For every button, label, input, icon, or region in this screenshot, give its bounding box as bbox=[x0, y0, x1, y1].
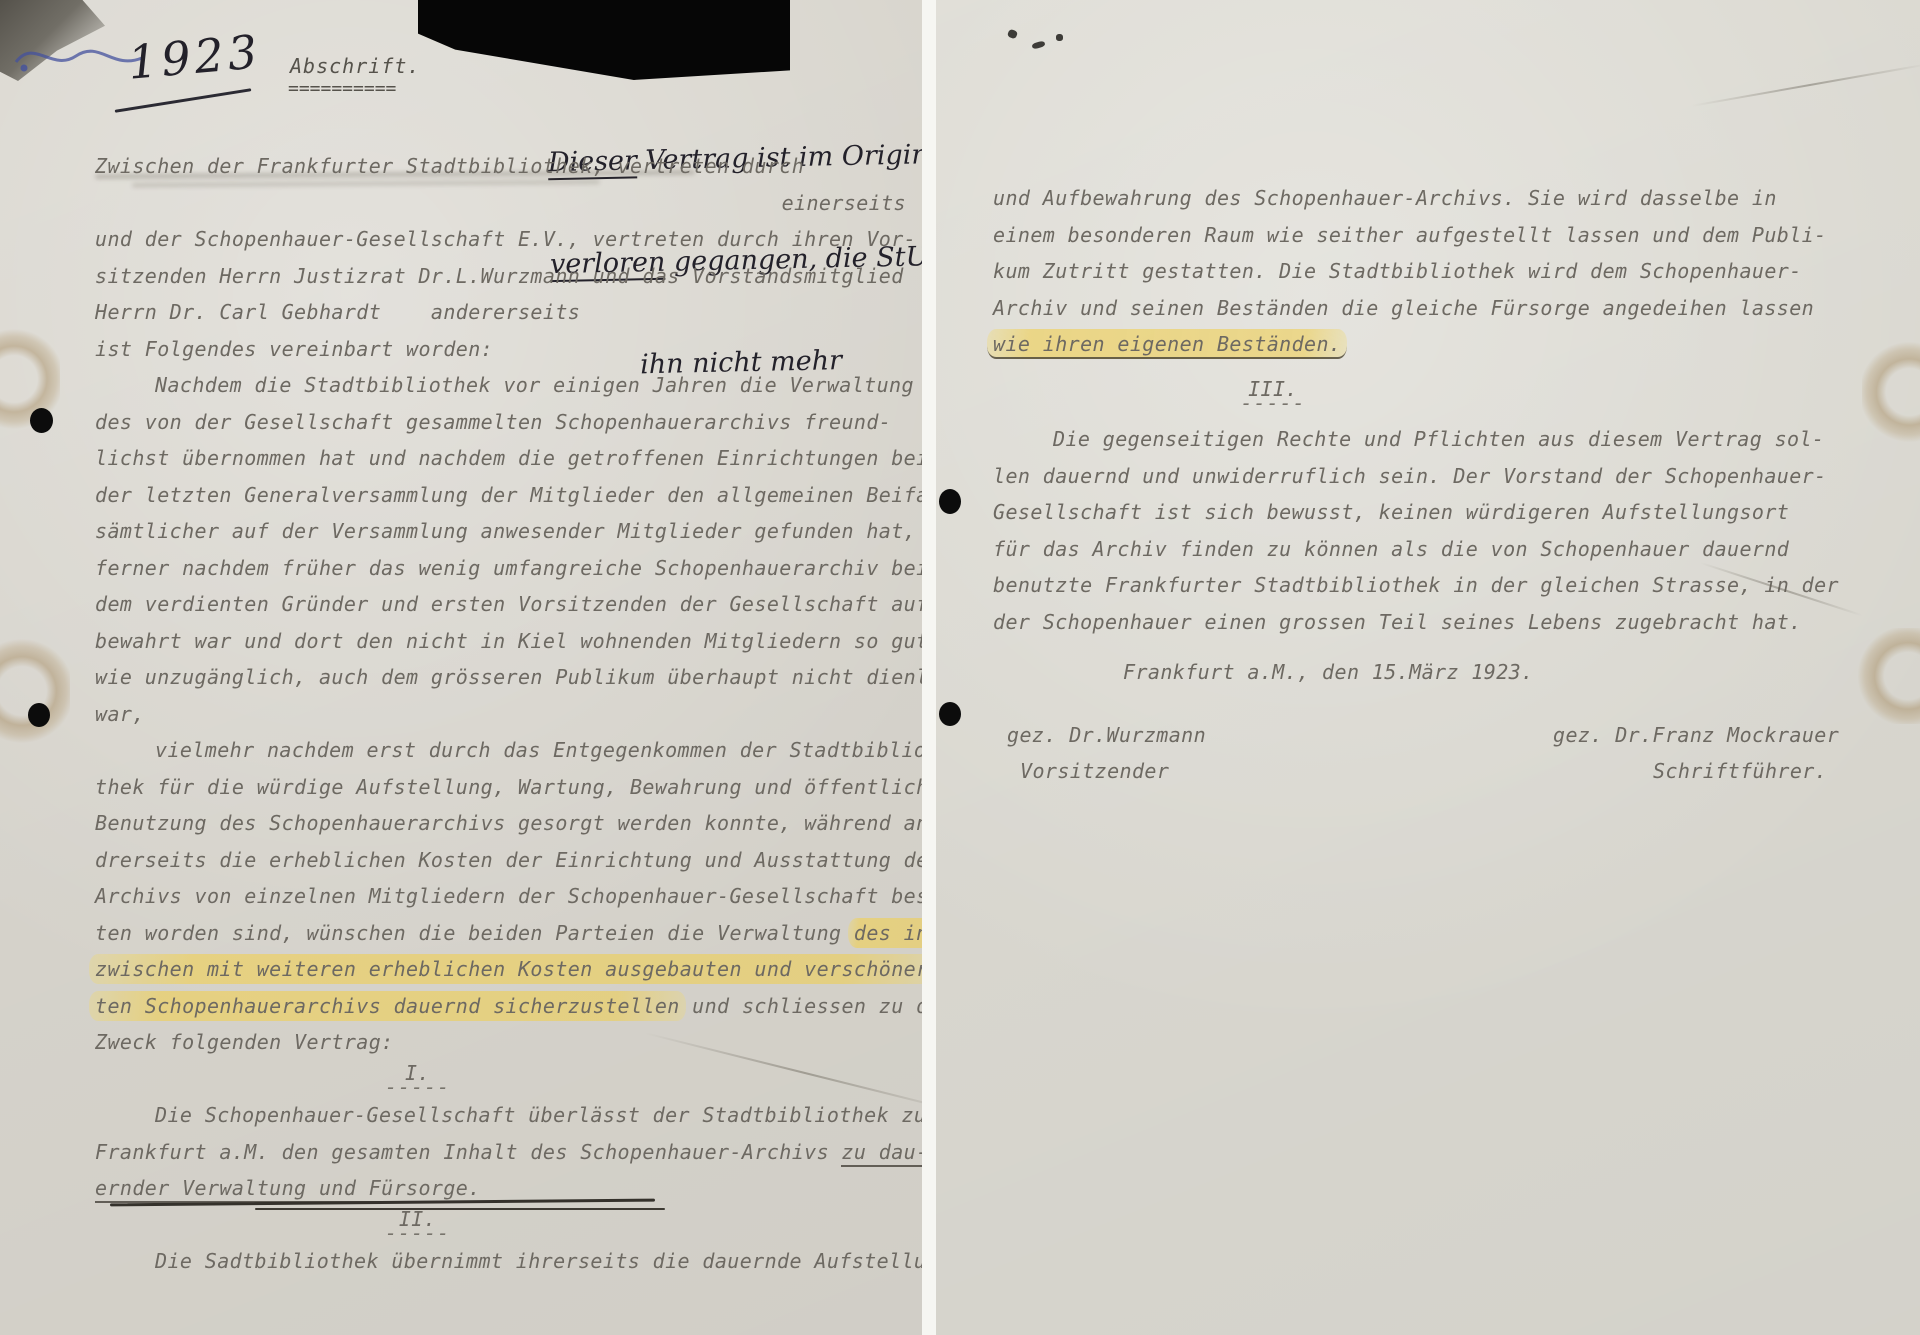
typed-line: und der Schopenhauer-Gesellschaft E.V., … bbox=[95, 221, 922, 258]
signature-left: gez. Dr.Wurzmann bbox=[1007, 717, 1553, 754]
typed-line: Zwischen der Frankfurter Stadtbibliothek… bbox=[95, 148, 922, 185]
typed-line: vielmehr nachdem erst durch das Entgegen… bbox=[95, 732, 922, 769]
typed-text: kum Zutritt gestatten. Die Stadtbiblioth… bbox=[993, 259, 1802, 283]
signature-right: Schriftführer. bbox=[1566, 759, 1827, 783]
typed-text: Gesellschaft ist sich bewusst, keinen wü… bbox=[993, 500, 1789, 524]
signature-left: Vorsitzender bbox=[1020, 753, 1566, 790]
typed-line: thek für die würdige Aufstellung, Wartun… bbox=[95, 769, 922, 806]
punch-ring-stain bbox=[1858, 628, 1920, 724]
typed-line: Nachdem die Stadtbibliothek vor einigen … bbox=[95, 367, 922, 404]
page-1: 1923 Abschrift. ========== Dieser Vertra… bbox=[0, 0, 922, 1335]
signature-row: gez. Dr.Wurzmanngez. Dr.Franz Mockrauer bbox=[993, 717, 1839, 754]
typed-text: Archiv und seinen Beständen die gleiche … bbox=[993, 296, 1814, 320]
typed-text: Die gegenseitigen Rechte und Pflichten a… bbox=[1053, 427, 1824, 451]
page-1-text: Zwischen der Frankfurter Stadtbibliothek… bbox=[95, 148, 922, 1280]
typed-text: drerseits die erheblichen Kosten der Ein… bbox=[95, 848, 922, 872]
typed-line: bewahrt war und dort den nicht in Kiel w… bbox=[95, 623, 922, 660]
typed-text: der Schopenhauer einen grossen Teil sein… bbox=[993, 610, 1802, 634]
typed-line: Zweck folgenden Vertrag: bbox=[95, 1024, 922, 1061]
typed-text: Archivs von einzelnen Mitgliedern der Sc… bbox=[95, 884, 922, 908]
staple-mark bbox=[1056, 34, 1063, 41]
typed-text: ist Folgendes vereinbart worden: bbox=[95, 337, 493, 361]
highlighted-text: des in- bbox=[848, 918, 922, 948]
punch-hole-dot bbox=[939, 489, 961, 514]
typed-line: wie unzugänglich, auch dem grösseren Pub… bbox=[95, 659, 922, 696]
typed-text: wie unzugänglich, auch dem grösseren Pub… bbox=[95, 665, 922, 689]
typed-line: len dauernd und unwiderruflich sein. Der… bbox=[993, 458, 1839, 495]
typed-line: einerseits bbox=[95, 185, 906, 222]
highlighted-text: zwischen mit weiteren erheblichen Kosten… bbox=[89, 954, 922, 984]
typed-line: Die Schopenhauer-Gesellschaft überlässt … bbox=[95, 1097, 922, 1134]
staple-mark bbox=[1031, 40, 1045, 49]
typed-text: benutzte Frankfurter Stadtbibliothek in … bbox=[993, 573, 1839, 597]
page-2: und Aufbewahrung des Schopenhauer-Archiv… bbox=[936, 0, 1920, 1335]
typed-text: sämtlicher auf der Versammlung anwesende… bbox=[95, 519, 916, 543]
typed-text: ten worden sind, wünschen die beiden Par… bbox=[95, 921, 854, 945]
typed-text: einem besonderen Raum wie seither aufges… bbox=[993, 223, 1827, 247]
typed-line: sämtlicher auf der Versammlung anwesende… bbox=[95, 513, 922, 550]
typed-line: drerseits die erheblichen Kosten der Ein… bbox=[95, 842, 922, 879]
typed-text: ernder Verwaltung und Fürsorge. bbox=[95, 1176, 481, 1203]
typed-text: thek für die würdige Aufstellung, Wartun… bbox=[95, 775, 922, 799]
typed-text: Zweck folgenden Vertrag: bbox=[95, 1030, 394, 1054]
typed-line: Frankfurt a.M. den gesamten Inhalt des S… bbox=[95, 1134, 922, 1171]
section-heading: II.----- bbox=[95, 1207, 740, 1244]
signature-right: gez. Dr.Franz Mockrauer bbox=[1553, 723, 1839, 747]
typed-text: für das Archiv finden zu können als die … bbox=[993, 537, 1789, 561]
typed-text: bewahrt war und dort den nicht in Kiel w… bbox=[95, 629, 922, 653]
typed-line: ferner nachdem früher das wenig umfangre… bbox=[95, 550, 922, 587]
section-dashes: ----- bbox=[95, 1229, 740, 1243]
punch-hole-dot bbox=[30, 408, 53, 433]
typed-text: und der Schopenhauer-Gesellschaft E.V., … bbox=[95, 227, 916, 251]
typed-line: benutzte Frankfurter Stadtbibliothek in … bbox=[993, 567, 1839, 604]
pen-underline bbox=[115, 88, 252, 113]
typed-text: einerseits bbox=[782, 191, 906, 215]
typed-line: für das Archiv finden zu können als die … bbox=[993, 531, 1839, 568]
typed-line: Archiv und seinen Beständen die gleiche … bbox=[993, 290, 1839, 327]
highlighted-text: wie ihren eigenen Beständen. bbox=[987, 329, 1347, 359]
typed-text: Die Sadtbibliothek übernimmt ihrerseits … bbox=[155, 1249, 922, 1273]
staple-mark bbox=[1007, 29, 1018, 40]
heading-underline: ========== bbox=[288, 78, 396, 99]
document-scan: 1923 Abschrift. ========== Dieser Vertra… bbox=[0, 0, 1920, 1335]
page-2-text: und Aufbewahrung des Schopenhauer-Archiv… bbox=[993, 180, 1839, 790]
typed-line: ist Folgendes vereinbart worden: bbox=[95, 331, 922, 368]
paper-crease bbox=[1692, 63, 1920, 106]
typed-text: Frankfurt a.M., den 15.März 1923. bbox=[1123, 660, 1534, 684]
punch-ring-stain bbox=[1862, 342, 1920, 442]
typed-text: ferner nachdem früher das wenig umfangre… bbox=[95, 556, 922, 580]
typed-line: und Aufbewahrung des Schopenhauer-Archiv… bbox=[993, 180, 1839, 217]
punch-hole-dot bbox=[28, 703, 50, 727]
typed-line: war, bbox=[95, 696, 922, 733]
typed-text: dem verdienten Gründer und ersten Vorsit… bbox=[95, 592, 922, 616]
typed-line: wie ihren eigenen Beständen. bbox=[993, 326, 1839, 363]
signature-row: VorsitzenderSchriftführer. bbox=[993, 753, 1839, 790]
typed-line: Archivs von einzelnen Mitgliedern der Sc… bbox=[95, 878, 922, 915]
section-heading: III.----- bbox=[993, 377, 1553, 414]
typed-line: lichst übernommen hat und nachdem die ge… bbox=[95, 440, 922, 477]
typed-text: Benutzung des Schopenhauerarchivs gesorg… bbox=[95, 811, 922, 835]
typed-line: Frankfurt a.M., den 15.März 1923. bbox=[993, 654, 1839, 691]
typed-text: vielmehr nachdem erst durch das Entgegen… bbox=[155, 738, 922, 762]
typed-text: zu dau- bbox=[841, 1140, 922, 1167]
typed-line: Gesellschaft ist sich bewusst, keinen wü… bbox=[993, 494, 1839, 531]
typed-text: Nachdem die Stadtbibliothek vor einigen … bbox=[155, 373, 914, 397]
typed-text: Die Schopenhauer-Gesellschaft überlässt … bbox=[155, 1103, 922, 1127]
pen-underline bbox=[255, 1208, 665, 1210]
typed-text: sitzenden Herrn Justizrat Dr.L.Wurzmann … bbox=[95, 264, 904, 288]
section-dashes: ----- bbox=[993, 399, 1553, 413]
typed-line: des von der Gesellschaft gesammelten Sch… bbox=[95, 404, 922, 441]
typed-text: der letzten Generalversammlung der Mitgl… bbox=[95, 483, 922, 507]
punch-ring-stain bbox=[0, 638, 70, 744]
typed-line: kum Zutritt gestatten. Die Stadtbiblioth… bbox=[993, 253, 1839, 290]
typed-text: lichst übernommen hat und nachdem die ge… bbox=[95, 446, 922, 470]
typed-line: dem verdienten Gründer und ersten Vorsit… bbox=[95, 586, 922, 623]
typed-text: Zwischen der Frankfurter Stadtbibliothek… bbox=[95, 154, 804, 178]
typed-line: ten worden sind, wünschen die beiden Par… bbox=[95, 915, 922, 952]
section-dashes: ----- bbox=[95, 1083, 740, 1097]
typed-line: Die Sadtbibliothek übernimmt ihrerseits … bbox=[95, 1243, 922, 1280]
highlighted-text: ten Schopenhauerarchivs dauernd sicherzu… bbox=[89, 991, 686, 1021]
typed-text: des von der Gesellschaft gesammelten Sch… bbox=[95, 410, 891, 434]
typed-line: sitzenden Herrn Justizrat Dr.L.Wurzmann … bbox=[95, 258, 922, 295]
typed-line: einem besonderen Raum wie seither aufges… bbox=[993, 217, 1839, 254]
punch-hole-dot bbox=[939, 702, 961, 726]
typed-text: Frankfurt a.M. den gesamten Inhalt des S… bbox=[95, 1140, 841, 1164]
typed-line: Herrn Dr. Carl Gebhardt andererseits bbox=[95, 294, 922, 331]
year-annotation: 1923 bbox=[126, 24, 263, 89]
typed-line: zwischen mit weiteren erheblichen Kosten… bbox=[95, 951, 922, 988]
typed-line: der letzten Generalversammlung der Mitgl… bbox=[95, 477, 922, 514]
heading: Abschrift. bbox=[290, 54, 420, 78]
redaction-bar bbox=[418, 0, 790, 80]
typed-text: und Aufbewahrung des Schopenhauer-Archiv… bbox=[993, 186, 1777, 210]
typed-line: ten Schopenhauerarchivs dauernd sicherzu… bbox=[95, 988, 922, 1025]
typed-text: war, bbox=[95, 702, 145, 726]
section-heading: I.----- bbox=[95, 1061, 740, 1098]
typed-text: und schliessen zu dem bbox=[680, 994, 922, 1018]
typed-line: Die gegenseitigen Rechte und Pflichten a… bbox=[993, 421, 1839, 458]
typed-text: len dauernd und unwiderruflich sein. Der… bbox=[993, 464, 1827, 488]
typed-text: Herrn Dr. Carl Gebhardt andererseits bbox=[95, 300, 580, 324]
typed-line: der Schopenhauer einen grossen Teil sein… bbox=[993, 604, 1839, 641]
typed-line: Benutzung des Schopenhauerarchivs gesorg… bbox=[95, 805, 922, 842]
